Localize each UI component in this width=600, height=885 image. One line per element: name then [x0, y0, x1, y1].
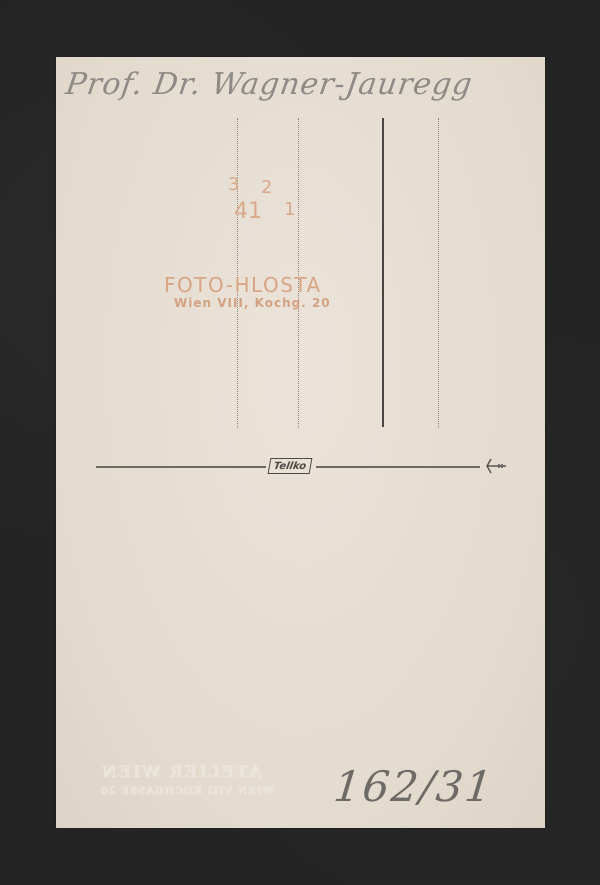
brand-logo: Tellko — [268, 458, 313, 474]
stamp-number-2: 2 — [261, 177, 272, 198]
embossed-studio-address: WIEN VIII KOCHGASSE 20 — [100, 786, 274, 797]
stamp-number-1: 3 — [228, 174, 239, 195]
embossed-studio-mark: ATELIER WIEN — [100, 762, 262, 781]
arrow-icon — [484, 457, 508, 475]
horizontal-line-left — [96, 466, 266, 468]
solid-divider — [382, 118, 384, 427]
stamp-number-4: 1 — [284, 199, 295, 220]
handwritten-name: Prof. Dr. Wagner-Jauregg — [64, 67, 475, 102]
dotted-divider-3 — [438, 118, 439, 428]
studio-address: Wien VIII, Kochg. 20 — [174, 296, 331, 310]
stamp-number-3: 41 — [234, 199, 262, 224]
brand-logo-text: Tellko — [273, 461, 307, 472]
studio-name: FOTO-HLOSTA — [164, 273, 322, 297]
postcard: Prof. Dr. Wagner-Jauregg 3 2 41 1 FOTO-H… — [56, 57, 545, 828]
horizontal-line-right — [316, 466, 480, 468]
handwritten-inventory-number: 162/31 — [331, 762, 496, 811]
